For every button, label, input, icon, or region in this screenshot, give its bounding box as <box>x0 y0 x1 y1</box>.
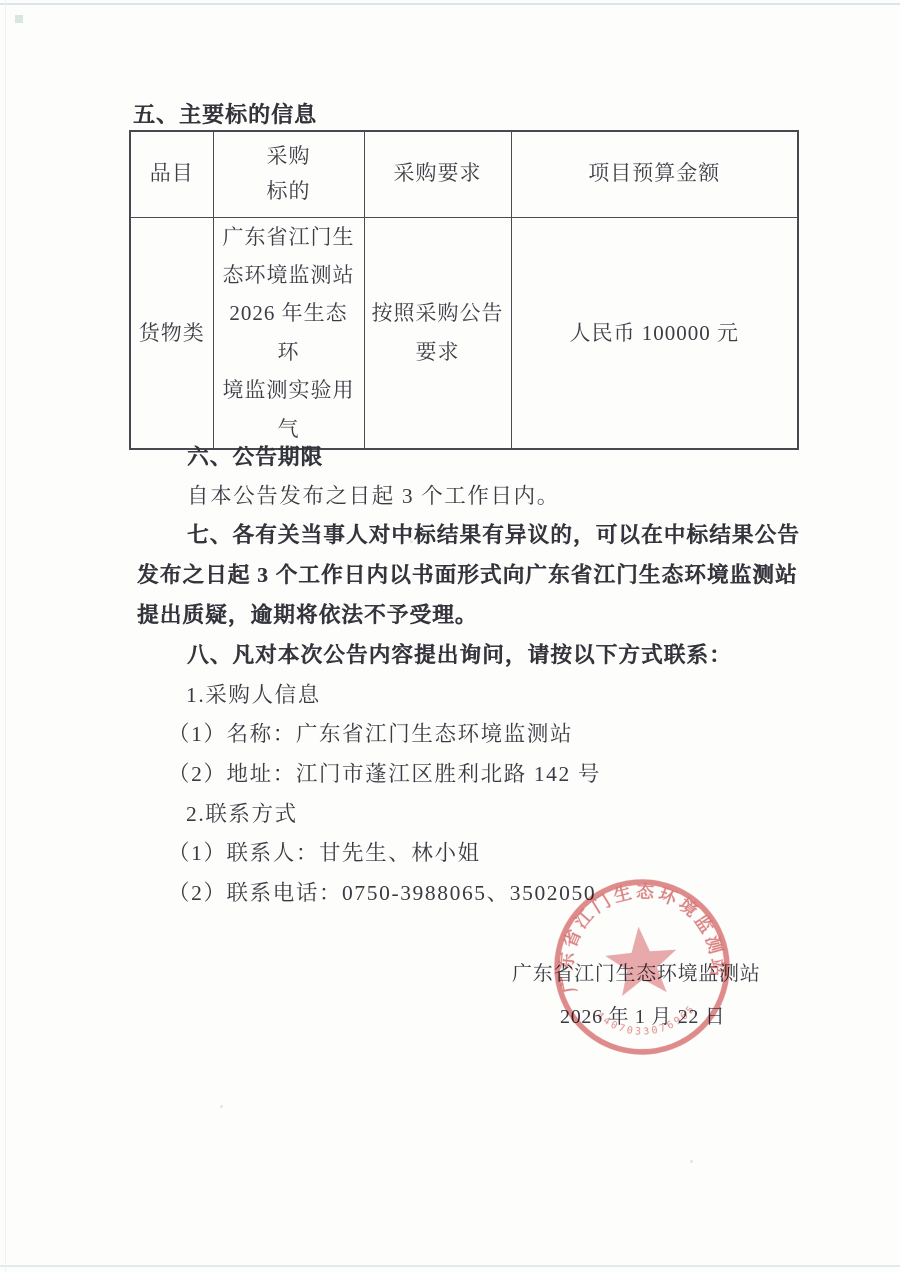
contact-title: 2.联系方式 <box>186 797 298 828</box>
cell-budget: 人民币 100000 元 <box>511 217 798 449</box>
contact-person-line: （1）联系人：甘先生、林小姐 <box>168 836 481 867</box>
scan-edge-top <box>0 3 900 5</box>
buyer-address-line: （2）地址：江门市蓬江区胜利北路 142 号 <box>168 757 601 788</box>
section-6-body: 自本公告发布之日起 3 个工作日内。 <box>187 479 560 510</box>
cell-subject: 广东省江门生 态环境监测站 2026 年生态环 境监测实验用 气 <box>213 217 364 449</box>
cell-item-category: 货物类 <box>130 217 213 449</box>
buyer-name-line: （1）名称：广东省江门生态环境监测站 <box>168 717 573 748</box>
column-header-requirement: 采购要求 <box>364 131 511 217</box>
section-6-title: 六、公告期限 <box>187 440 323 471</box>
scan-speck <box>220 1105 223 1108</box>
section-7-line1: 七、各有关当事人对中标结果有异议的，可以在中标结果公告 <box>187 518 800 549</box>
column-header-subject: 采购 标的 <box>213 131 364 217</box>
section-7-line3: 提出质疑，逾期将依法不予受理。 <box>137 598 478 629</box>
table-row: 货物类 广东省江门生 态环境监测站 2026 年生态环 境监测实验用 气 按照采… <box>130 217 798 449</box>
section-8-title: 八、凡对本次公告内容提出询问，请按以下方式联系： <box>187 638 732 669</box>
page-title: 五、主要标的信息 <box>133 98 317 129</box>
column-header-item: 品目 <box>130 131 213 217</box>
official-seal: 广东省江门生态环境监测站 4407033076965 <box>543 868 740 1065</box>
contact-phone-line: （2）联系电话：0750-3988065、3502050 <box>168 876 596 907</box>
table-header-row: 品目 采购 标的 采购要求 项目预算金额 <box>130 131 798 217</box>
scan-corner-mark <box>15 15 23 23</box>
section-7-line2: 发布之日起 3 个工作日内以书面形式向广东省江门生态环境监测站 <box>137 558 798 589</box>
star-icon <box>603 924 680 998</box>
scan-edge-left <box>5 0 6 1272</box>
subject-info-table: 品目 采购 标的 采购要求 项目预算金额 货物类 广东省江门生 态环境监测站 2… <box>129 130 799 450</box>
seal-serial-number: 4407033076965 <box>593 1002 700 1042</box>
buyer-info-title: 1.采购人信息 <box>186 678 321 709</box>
official-seal-graphic: 广东省江门生态环境监测站 4407033076965 <box>543 868 740 1065</box>
svg-text:4407033076965: 4407033076965 <box>593 1002 700 1042</box>
column-header-budget: 项目预算金额 <box>511 131 798 217</box>
scan-edge-bottom <box>0 1265 900 1267</box>
scanned-document-page: 五、主要标的信息 品目 采购 标的 采购要求 项目预算金额 货物类 广东省江门生… <box>0 0 900 1272</box>
scan-speck <box>690 1160 693 1163</box>
cell-requirement: 按照采购公告 要求 <box>364 217 511 449</box>
